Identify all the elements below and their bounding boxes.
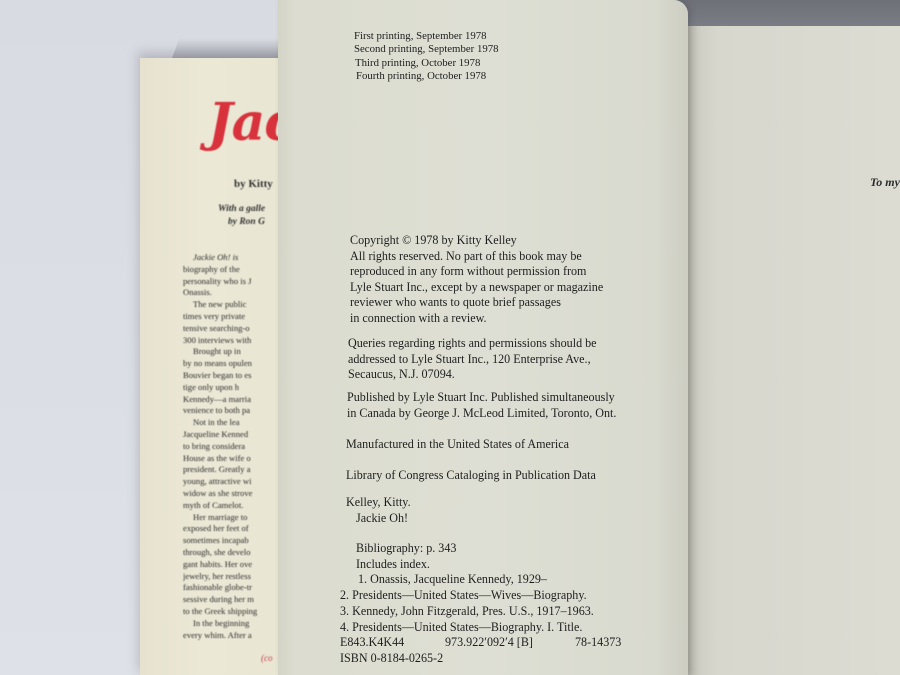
blurb-line: times very private [183,311,283,323]
subject-heading: 4. Presidents—United States—Biography. I… [340,620,621,636]
printing-line: Second printing, September 1978 [354,43,499,56]
blurb-line: exposed her feet of [183,523,283,535]
blurb-line: sessive during her m [183,594,283,606]
blurb-line: Her marriage to [183,512,283,524]
blurb-line: to bring considera [183,441,283,453]
jacket-footer: (co [261,653,273,663]
classification-row: E843.K4K44 973.922′092′4 [B] 78-14373 [340,635,621,651]
permissions-queries: Queries regarding rights and permissions… [348,336,597,383]
jacket-blurb: Jackie Oh! isbiography of thepersonality… [183,252,283,641]
blurb-line: In the beginning [183,618,283,630]
blurb-line: myth of Camelot. [183,500,283,512]
blurb-line: to the Greek shipping [183,606,283,618]
printing-line: Fourth printing, October 1978 [354,70,499,83]
cip-title: Jackie Oh! [346,511,411,527]
copyright-notice: Copyright © 1978 by Kitty Kelley All rig… [350,233,603,327]
bibliography-note: Bibliography: p. 343 [340,541,621,557]
blurb-line: tensive searching-o [183,323,283,335]
blurb-line: fashionable globe-tr [183,582,283,594]
loc-heading: Library of Congress Cataloging in Public… [346,468,596,484]
manufactured-notice: Manufactured in the United States of Ame… [346,437,569,453]
blurb-line: Onassis. [183,287,283,299]
lccn: 78-14373 [575,635,621,651]
jacket-byline: by Kitty [234,178,273,190]
blurb-line: young, attractive wi [183,476,283,488]
printing-line: First printing, September 1978 [354,30,499,43]
blurb-line: jewelry, her restless [183,571,283,583]
isbn: ISBN 0-8184-0265-2 [340,651,621,667]
blurb-line: gant habits. Her ove [183,559,283,571]
blurb-line: Bouvier began to es [183,370,283,382]
subject-heading: 1. Onassis, Jacqueline Kennedy, 1929– [340,572,621,588]
blurb-line: Not in the lea [183,417,283,429]
blurb-line: Jacqueline Kenned [183,429,283,441]
blurb-line: every whim. After a [183,630,283,642]
blurb-line: tige only upon h [183,382,283,394]
call-number: E843.K4K44 [340,635,445,651]
blurb-line: Brought up in [183,346,283,358]
blurb-line: by no means opulen [183,358,283,370]
blurb-line: personality who is J [183,276,283,288]
blurb-line: biography of the [183,264,283,276]
printing-line: Third printing, October 1978 [354,57,499,70]
blurb-line: sometimes incapab [183,535,283,547]
blurb-line: widow as she strove [183,488,283,500]
cip-author: Kelley, Kitty. [346,495,411,511]
blurb-line: president. Greatly a [183,464,283,476]
blurb-line: venience to both pa [183,405,283,417]
index-note: Includes index. [340,557,621,573]
blurb-line: The new public [183,299,283,311]
cip-entry: Kelley, Kitty. Jackie Oh! [346,495,411,526]
cip-bibliographic-data: Bibliography: p. 343 Includes index. 1. … [340,541,621,667]
blurb-line: Kennedy—a marria [183,394,283,406]
jacket-gallery-credit: With a galle by Ron G [218,203,265,229]
printing-history: First printing, September 1978 Second pr… [354,30,499,84]
subject-heading: 2. Presidents—United States—Wives—Biogra… [340,588,621,604]
subject-heading: 3. Kennedy, John Fitzgerald, Pres. U.S.,… [340,604,621,620]
blurb-line: House as the wife o [183,453,283,465]
dedication-page [688,26,900,675]
dedication-text: To my [870,175,900,190]
blurb-line: through, she develo [183,547,283,559]
blurb-line: Jackie Oh! is [183,252,283,264]
publisher-info: Published by Lyle Stuart Inc. Published … [347,390,616,421]
dewey-number: 973.922′092′4 [B] [445,635,575,651]
blurb-line: 300 interviews with [183,335,283,347]
